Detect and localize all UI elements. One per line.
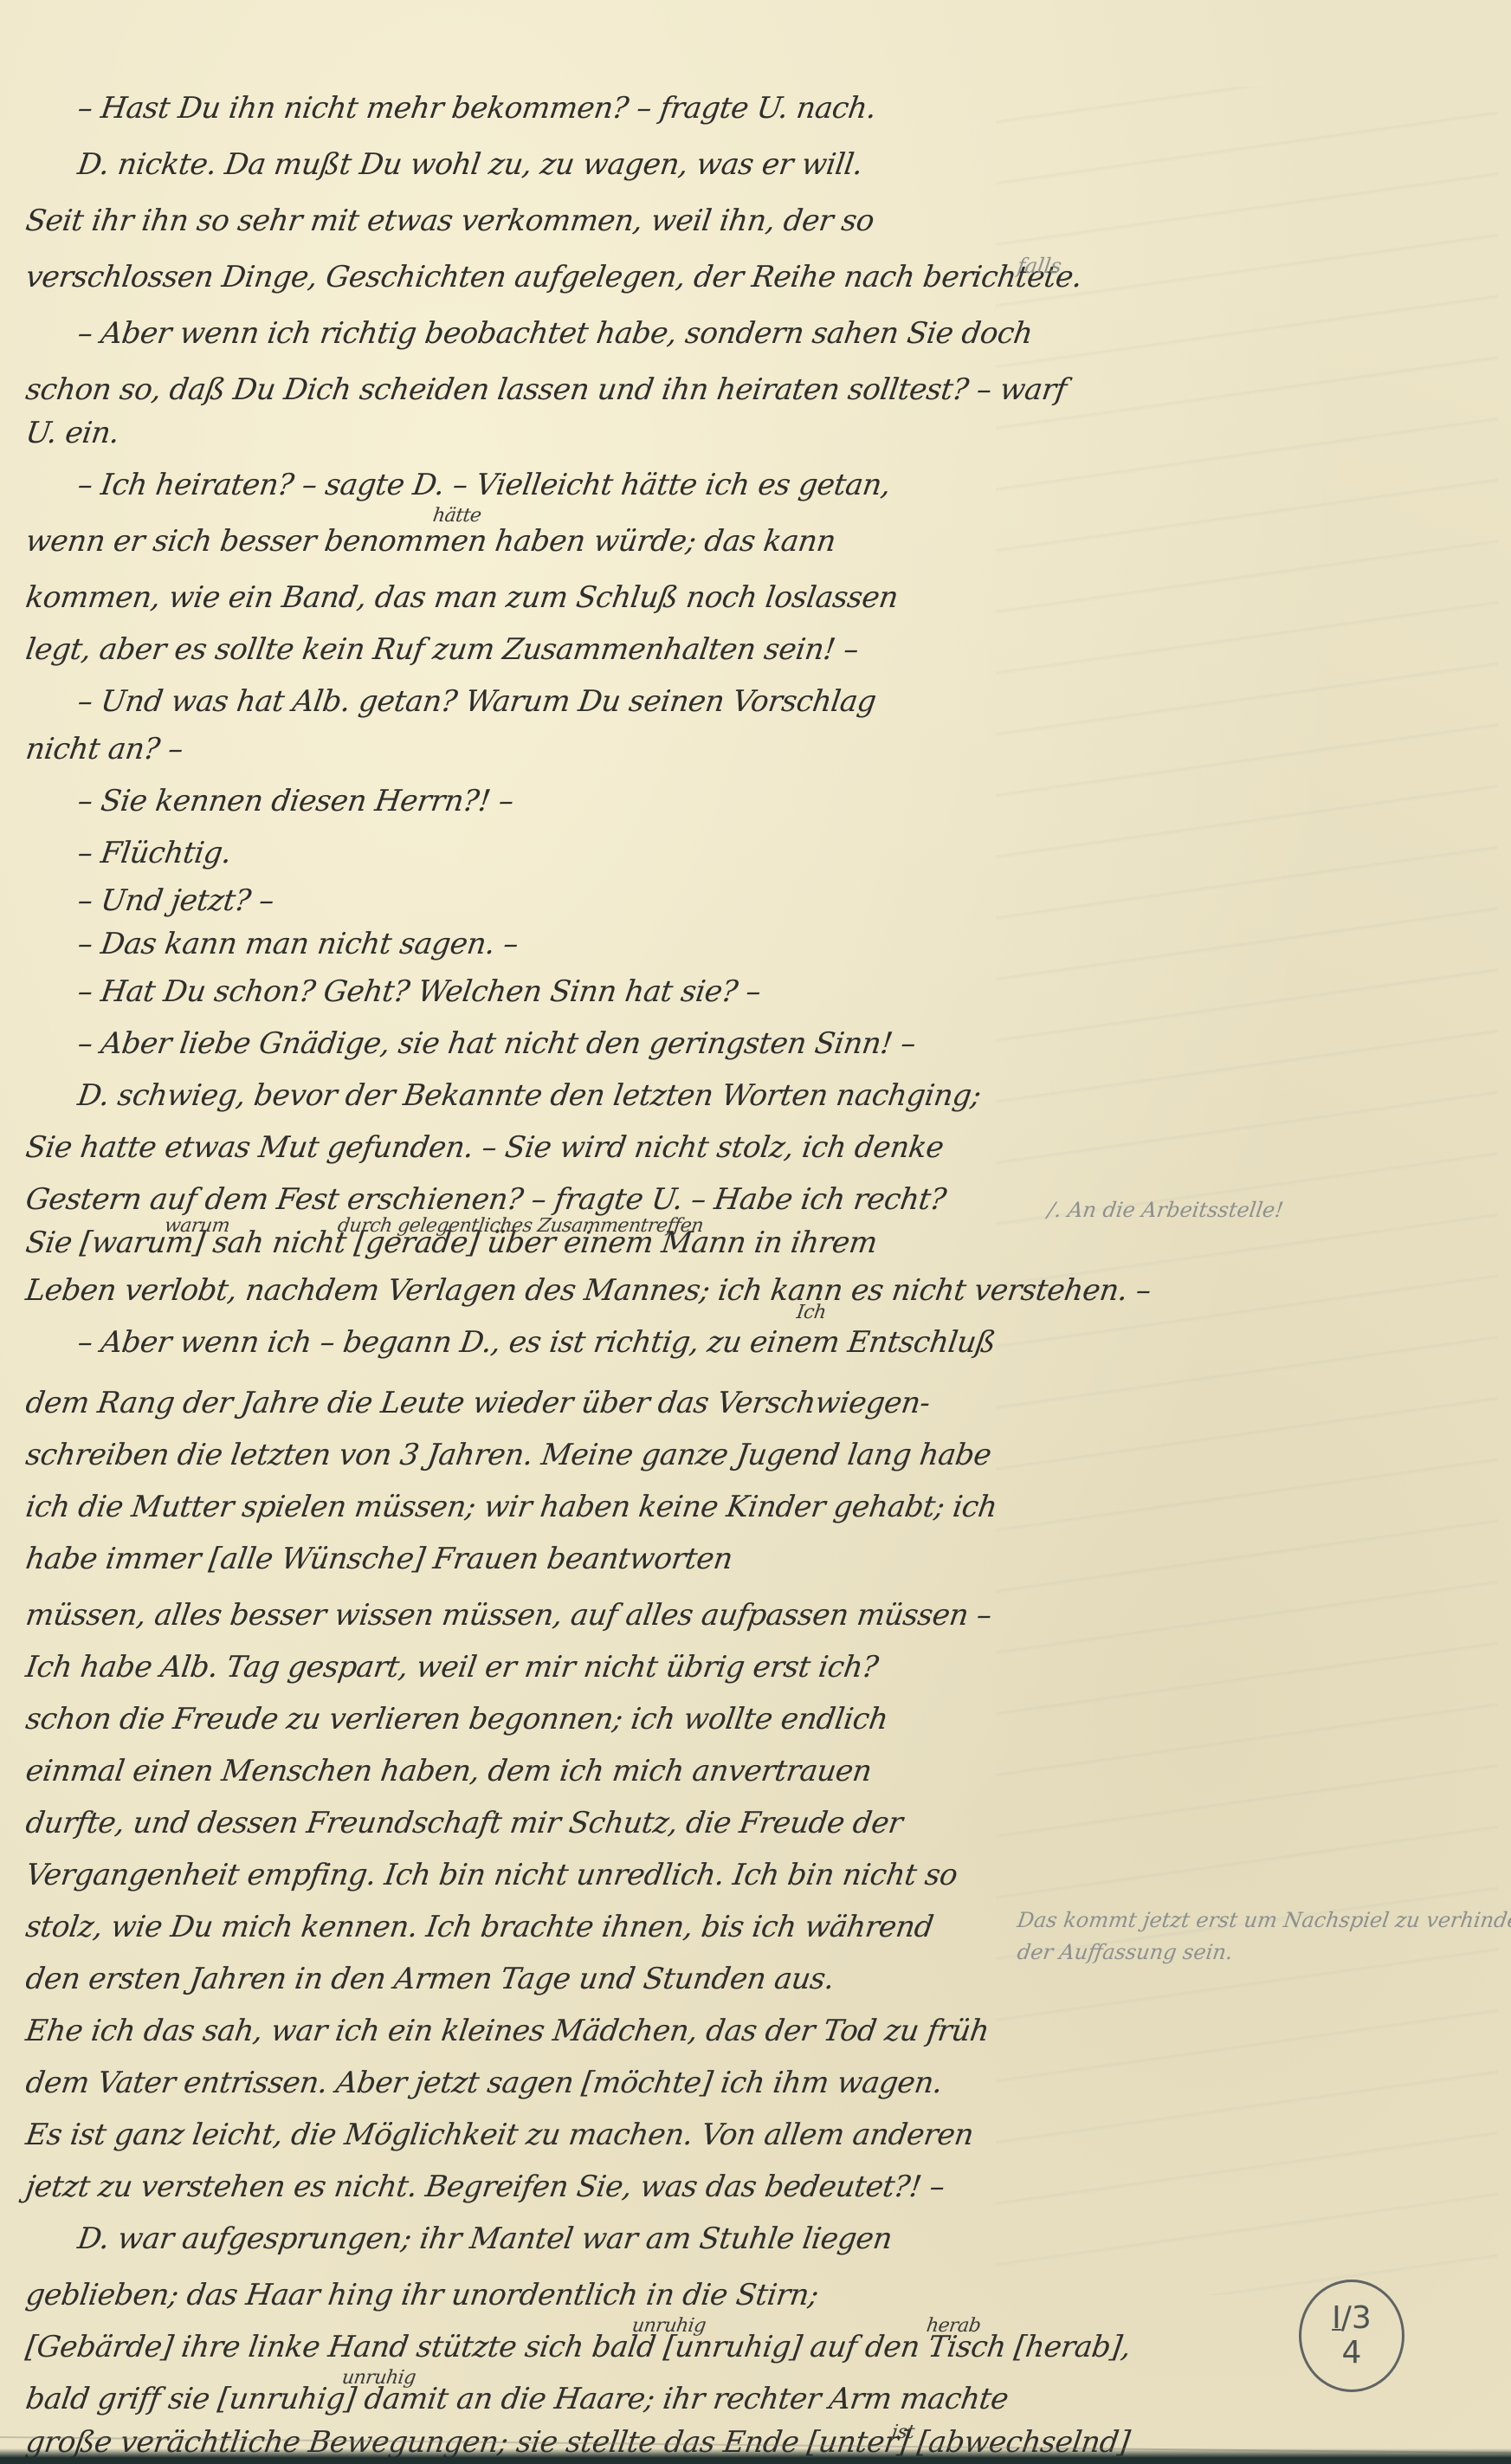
manuscript-line: D. schwieg, bevor der Bekannte den letzt… [23,1078,983,1113]
manuscript-line: durfte, und dessen Freundschaft mir Schu… [23,1806,904,1840]
manuscript-line: – Aber liebe Gnädige, sie hat nicht den … [23,1026,918,1061]
manuscript-line: ich die Mutter spielen müssen; wir haben… [23,1490,999,1524]
manuscript-line: jetzt zu verstehen es nicht. Begreifen S… [23,2170,946,2204]
interlinear-insertion: herab [925,2315,982,2337]
manuscript-line: legt, aber es sollte kein Ruf zum Zusamm… [23,632,861,667]
archive-stamp-series: I/3 [1332,2301,1372,2336]
manuscript-line: – Ich heiraten? – sagte D. – Vielleicht … [23,468,893,502]
manuscript-line: Leben verlobt, nachdem Verlagen des Mann… [23,1273,1153,1308]
manuscript-line: habe immer [alle Wünsche] Frauen beantwo… [23,1542,734,1576]
margin-note: der Auffassung sein. [1016,1940,1235,1964]
manuscript-line: dem Vater entrissen. Aber jetzt sagen [m… [23,2066,945,2100]
manuscript-line: verschlossen Dinge, Geschichten aufgeleg… [23,260,1084,294]
manuscript-line: – Das kann man nicht sagen. – [23,927,520,961]
manuscript-line: geblieben; das Haar hing ihr unordentlic… [23,2278,820,2312]
manuscript-line: – Aber wenn ich – begann D., es ist rich… [23,1325,998,1360]
manuscript-line: – Flüchtig. [23,836,233,870]
manuscript-line: den ersten Jahren in den Armen Tage und … [23,1962,836,1996]
manuscript-line: schon so, daß Du Dich scheiden lassen un… [23,372,1069,407]
page-bottom-edge [0,2448,1511,2464]
manuscript-line: – Hast Du ihn nicht mehr bekommen? – fra… [23,91,878,126]
manuscript-line: Gestern auf dem Fest erschienen? – fragt… [23,1182,948,1217]
manuscript-line: Seit ihr ihn so sehr mit etwas verkommen… [23,204,876,238]
manuscript-line: – Und jetzt? – [23,883,275,918]
manuscript-line: wenn er sich besser benommen haben würde… [23,524,837,559]
manuscript-line: Vergangenheit empfing. Ich bin nicht unr… [23,1858,959,1892]
manuscript-line: kommen, wie ein Band, das man zum Schluß… [23,580,900,615]
manuscript-line: – Hat Du schon? Geht? Welchen Sinn hat s… [23,974,763,1009]
interlinear-insertion: unruhig [340,2367,416,2389]
manuscript-line: Ehe ich das sah, war ich ein kleines Mäd… [23,2014,991,2048]
manuscript-line: stolz, wie Du mich kennen. Ich brachte i… [23,1910,935,1944]
archive-stamp-page: 4 [1342,2336,1362,2370]
margin-note: Das kommt jetzt erst um Nachspiel zu ver… [1016,1908,1511,1932]
archive-stamp-sub: 3 [1352,2300,1372,2336]
manuscript-line: nicht an? – [23,732,185,766]
interlinear-insertion: Ich [795,1302,827,1323]
manuscript-line: – Und was hat Alb. getan? Warum Du seine… [23,684,878,719]
manuscript-line: dem Rang der Jahre die Leute wieder über… [23,1386,932,1420]
manuscript-line: bald griff sie [unruhig] damit an die Ha… [23,2382,1011,2416]
manuscript-line: müssen, alles besser wissen müssen, auf … [23,1598,993,1633]
manuscript-page: – Hast Du ihn nicht mehr bekommen? – fra… [0,0,1511,2464]
interlinear-insertion: hätte [431,505,482,527]
margin-note: /. An die Arbeitsstelle! [1046,1198,1285,1222]
manuscript-line: einmal einen Menschen haben, dem ich mic… [23,1754,874,1788]
interlinear-insertion: warum [163,1215,231,1237]
interlinear-insertion: unruhig [630,2315,707,2337]
margin-note: falls [1016,254,1063,278]
manuscript-line: Ich habe Alb. Tag gespart, weil er mir n… [23,1650,880,1685]
manuscript-line: U. ein. [23,416,121,450]
manuscript-line: schon die Freude zu verlieren begonnen; … [23,1702,890,1736]
manuscript-line: schreiben die letzten von 3 Jahren. Mein… [23,1438,993,1472]
archive-stamp: I/3 4 [1299,2280,1404,2392]
manuscript-line: – Aber wenn ich richtig beobachtet habe,… [23,316,1035,351]
archive-stamp-series-roman: I [1332,2300,1341,2336]
manuscript-line: Es ist ganz leicht, die Möglichkeit zu m… [23,2118,975,2152]
manuscript-line: D. war aufgesprungen; ihr Mantel war am … [23,2221,894,2256]
manuscript-line: – Sie kennen diesen Herrn?! – [23,784,515,818]
manuscript-line: D. nickte. Da mußt Du wohl zu, zu wagen,… [23,147,865,182]
interlinear-insertion: durch gelegentliches Zusammentreffen [336,1215,705,1237]
manuscript-line: Sie hatte etwas Mut gefunden. – Sie wird… [23,1130,946,1165]
